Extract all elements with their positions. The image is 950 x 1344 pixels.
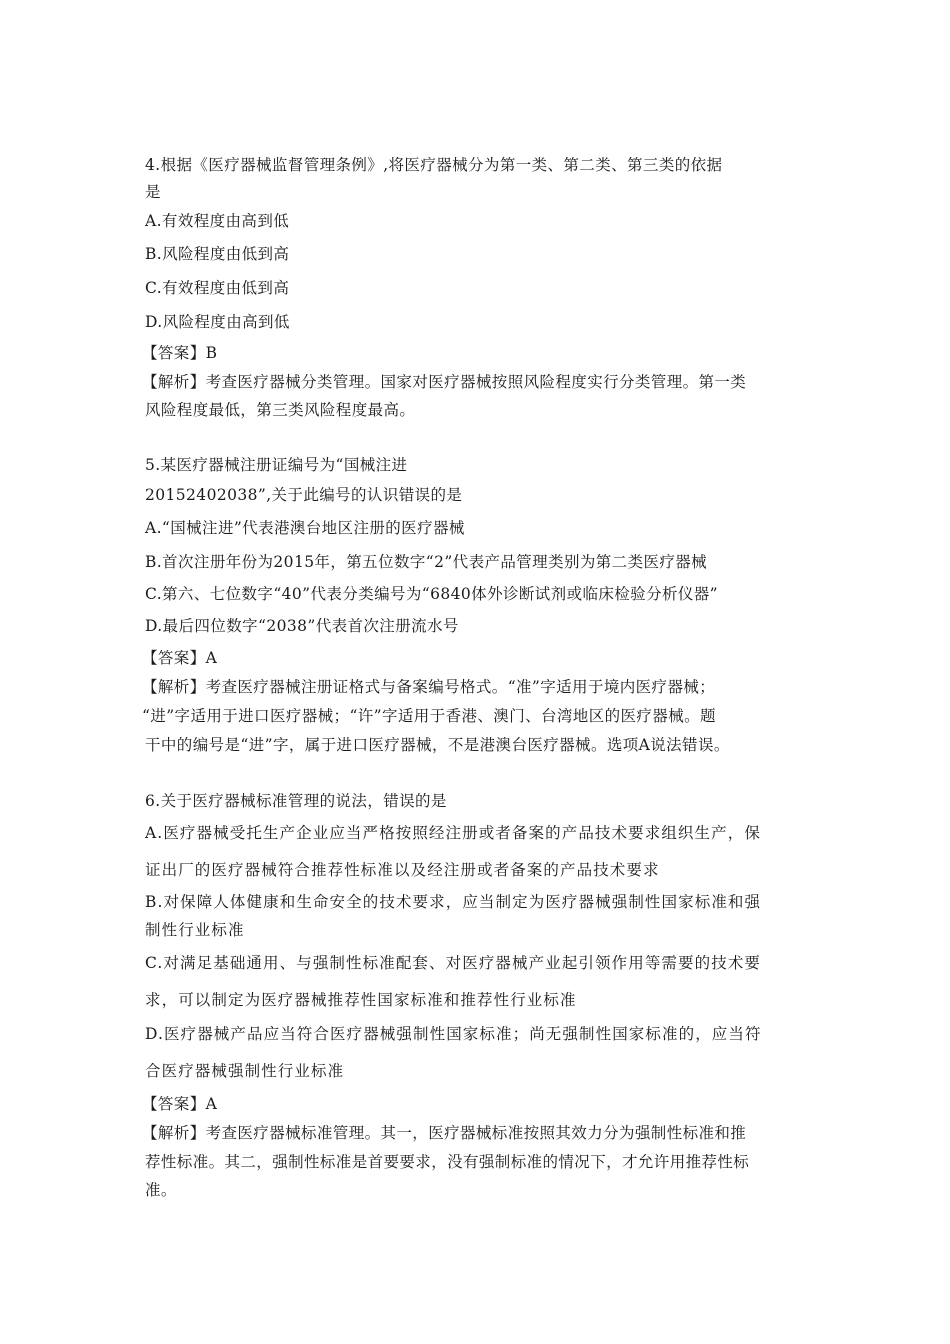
analysis: 【解析】考查医疗器械分类管理。国家对医疗器械按照风险程度实行分类管理。第一类	[142, 372, 746, 392]
option-a: A.医疗器械受托生产企业应当严格按照经注册或者备案的产品技术要求组织生产，保	[145, 823, 761, 843]
option-d: D.风险程度由高到低	[145, 312, 290, 332]
option-c: C.第六、七位数字“40”代表分类编号为“6840体外诊断试剂或临床检验分析仪器…	[145, 584, 718, 604]
option-b: B.首次注册年份为2015年，第五位数字“2”代表产品管理类别为第二类医疗器械	[145, 552, 707, 572]
option-d: D.医疗器械产品应当符合医疗器械强制性国家标准；尚无强制性国家标准的，应当符	[145, 1024, 762, 1044]
analysis: 荐性标准。其二，强制性标准是首要要求，没有强制标准的情况下，才允许用推荐性标	[145, 1152, 749, 1172]
option-c-cont: 求，可以制定为医疗器械推荐性国家标准和推荐性行业标准	[145, 990, 577, 1010]
option-b: B.风险程度由低到高	[145, 244, 289, 264]
option-c: C.有效程度由低到高	[145, 278, 289, 298]
option-b-cont: 制性行业标准	[145, 920, 245, 940]
question-stem: 6.关于医疗器械标准管理的说法，错误的是	[145, 791, 447, 811]
answer: 【答案】A	[142, 1094, 217, 1114]
analysis: 风险程度最低，第三类风险程度最高。	[145, 400, 415, 420]
option-d-cont: 合医疗器械强制性行业标准	[145, 1061, 344, 1081]
question-stem: 4.根据《医疗器械监督管理条例》,将医疗器械分为第一类、第二类、第三类的依据	[145, 155, 722, 175]
answer: 【答案】A	[142, 648, 217, 668]
answer: 【答案】B	[142, 343, 217, 363]
option-b: B.对保障人体健康和生命安全的技术要求，应当制定为医疗器械强制性国家标准和强	[145, 892, 761, 912]
option-a-cont: 证出厂的医疗器械符合推荐性标准以及经注册或者备案的产品技术要求	[145, 860, 660, 880]
analysis: 【解析】考查医疗器械注册证格式与备案编号格式。“准”字适用于境内医疗器械；	[142, 677, 715, 697]
option-d: D.最后四位数字“2038”代表首次注册流水号	[145, 616, 459, 636]
option-c: C.对满足基础通用、与强制性标准配套、对医疗器械产业起引领作用等需要的技术要	[145, 953, 761, 973]
analysis: 【解析】考查医疗器械标准管理。其一，医疗器械标准按照其效力分为强制性标准和推	[142, 1123, 746, 1143]
analysis: “进”字适用于进口医疗器械；“许”字适用于香港、澳门、台湾地区的医疗器械。题	[142, 706, 716, 726]
document-page: 4.根据《医疗器械监督管理条例》,将医疗器械分为第一类、第二类、第三类的依据 是…	[0, 0, 950, 1344]
option-a: A.有效程度由高到低	[145, 211, 289, 231]
analysis: 干中的编号是“进”字，属于进口医疗器械，不是港澳台医疗器械。选项A说法错误。	[145, 735, 730, 755]
option-a: A.“国械注进”代表港澳台地区注册的医疗器械	[145, 518, 465, 538]
analysis: 准。	[145, 1180, 177, 1200]
question-stem: 20152402038”,关于此编号的认识错误的是	[145, 485, 462, 505]
question-stem: 5.某医疗器械注册证编号为“国械注进	[145, 455, 407, 475]
question-stem: 是	[145, 182, 161, 202]
